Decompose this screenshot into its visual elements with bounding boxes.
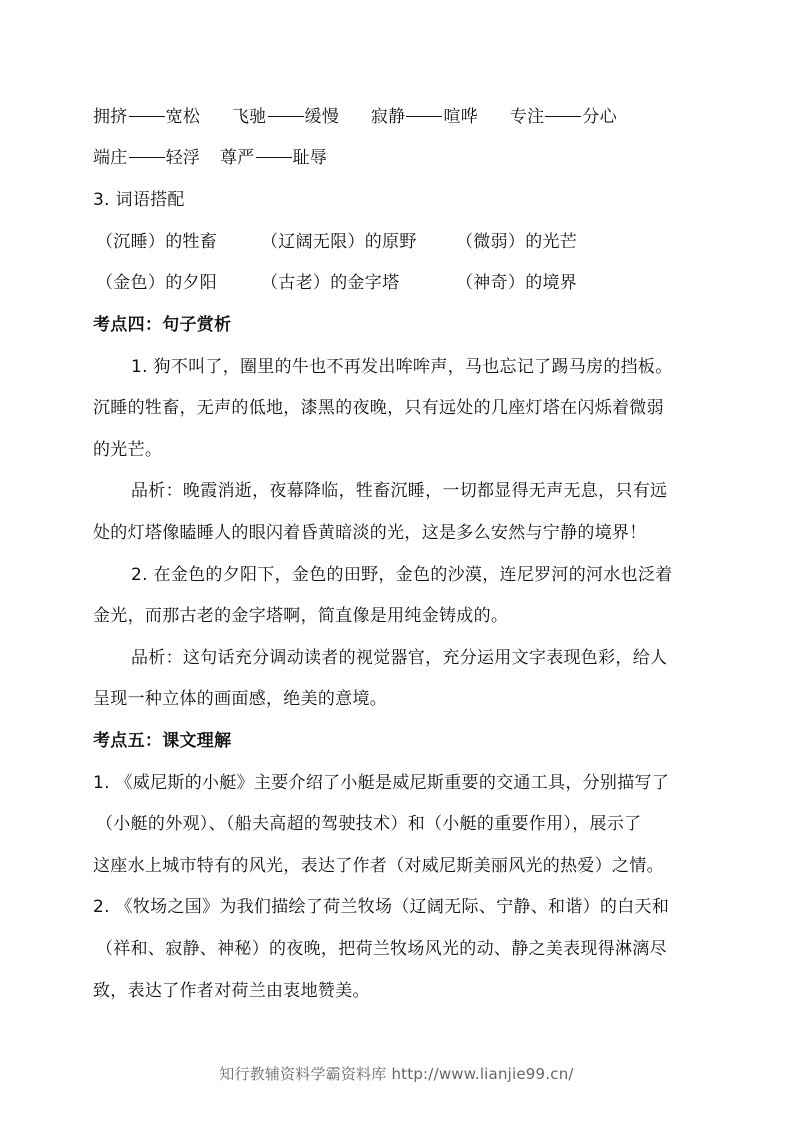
- sentence-1-line-2: 沉睡的牲畜，无声的低地，漆黑的夜晚，只有远处的几座灯塔在闪烁着微弱: [93, 398, 664, 418]
- antonym-word: 端庄: [93, 148, 128, 168]
- collocation-item: （金色）的夕阳: [96, 273, 261, 293]
- antonym-word: 分心: [582, 107, 617, 127]
- collocation-item: （微弱）的光芒: [456, 232, 577, 252]
- understanding-2-line-1: 2. 《牧场之国》为我们描绘了荷兰牧场（辽阔无际、宁静、和谐）的白天和: [93, 897, 669, 917]
- dash-divider: [129, 157, 165, 158]
- antonym-pair: 端庄轻浮: [93, 148, 200, 168]
- collocation-row-1: （沉睡）的牲畜（辽阔无限）的原野（微弱）的光芒: [96, 232, 577, 252]
- collocation-row-2: （金色）的夕阳（古老）的金字塔（神奇）的境界: [96, 273, 577, 293]
- antonym-word: 飞驰: [232, 107, 267, 127]
- sentence-2-line-2: 金光，而那古老的金字塔啊，简直像是用纯金铸成的。: [93, 606, 508, 626]
- analysis-1-line-2: 处的灯塔像瞌睡人的眼闪着昏黄暗淡的光，这是多么安然与宁静的境界！: [93, 523, 647, 543]
- antonym-pair: 拥挤宽松: [93, 107, 200, 127]
- dash-divider: [406, 116, 442, 117]
- antonym-word: 轻浮: [166, 148, 201, 168]
- dash-divider: [256, 157, 292, 158]
- antonym-word: 宽松: [166, 107, 201, 127]
- analysis-2-line-1: 品析：这句话充分调动读者的视觉器官，充分运用文字表现色彩，给人: [131, 648, 667, 668]
- sentence-1-line-3: 的光芒。: [93, 440, 162, 460]
- collocation-item: （古老）的金字塔: [261, 273, 456, 293]
- antonym-word: 专注: [510, 107, 545, 127]
- antonym-row-1: 拥挤宽松 飞驰缓慢 寂静喧哗 专注分心: [93, 107, 643, 127]
- understanding-1-line-2: （小艇的外观）、（船夫高超的驾驶技术）和（小艇的重要作用），展示了: [96, 814, 641, 834]
- antonym-pair: 尊严耻辱: [220, 148, 327, 168]
- dash-divider: [129, 116, 165, 117]
- dash-divider: [545, 116, 581, 117]
- antonym-word: 寂静: [371, 107, 406, 127]
- understanding-1-line-1: 1. 《威尼斯的小艇》主要介绍了小艇是威尼斯重要的交通工具，分别描写了: [93, 773, 669, 793]
- antonym-word: 拥挤: [93, 107, 128, 127]
- antonym-word: 尊严: [220, 148, 255, 168]
- understanding-2-line-3: 致，表达了作者对荷兰由衷地赞美。: [93, 981, 370, 1001]
- antonym-pair: 专注分心: [510, 107, 617, 127]
- antonym-word: 缓慢: [305, 107, 340, 127]
- collocation-title: 3. 词语搭配: [93, 190, 185, 210]
- understanding-2-line-2: （祥和、寂静、神秘）的夜晚，把荷兰牧场风光的动、静之美表现得淋漓尽: [96, 939, 667, 959]
- collocation-item: （沉睡）的牲畜: [96, 232, 261, 252]
- antonym-pair: 寂静喧哗: [371, 107, 478, 127]
- collocation-item: （辽阔无限）的原野: [261, 232, 456, 252]
- antonym-word: 喧哗: [443, 107, 478, 127]
- section-heading-4: 考点四：句子赏析: [93, 315, 231, 335]
- section-heading-5: 考点五：课文理解: [93, 731, 231, 751]
- analysis-1-line-1: 品析：晚霞消逝，夜幕降临，牲畜沉睡，一切都显得无声无息，只有远: [131, 481, 667, 501]
- dash-divider: [268, 116, 304, 117]
- sentence-1-line-1: 1. 狗不叫了，圈里的牛也不再发出哞哞声，马也忘记了踢马房的挡板。: [131, 357, 673, 377]
- analysis-2-line-2: 呈现一种立体的画面感，绝美的意境。: [93, 689, 387, 709]
- sentence-2-line-1: 2. 在金色的夕阳下，金色的田野，金色的沙漠，连尼罗河的河水也泛着: [131, 565, 673, 585]
- antonym-row-2: 端庄轻浮 尊严耻辱: [93, 148, 353, 168]
- collocation-item: （神奇）的境界: [456, 273, 577, 293]
- footer-watermark: 知行教辅资料学霸资料库 http://www.lianjie99.cn/: [0, 1063, 793, 1084]
- document-page: 拥挤宽松 飞驰缓慢 寂静喧哗 专注分心 端庄轻浮 尊严耻辱 3. 词语搭配 （沉…: [0, 0, 793, 1122]
- antonym-pair: 飞驰缓慢: [232, 107, 339, 127]
- understanding-1-line-3: 这座水上城市特有的风光，表达了作者（对威尼斯美丽风光的热爱）之情。: [93, 856, 664, 876]
- antonym-word: 耻辱: [293, 148, 328, 168]
